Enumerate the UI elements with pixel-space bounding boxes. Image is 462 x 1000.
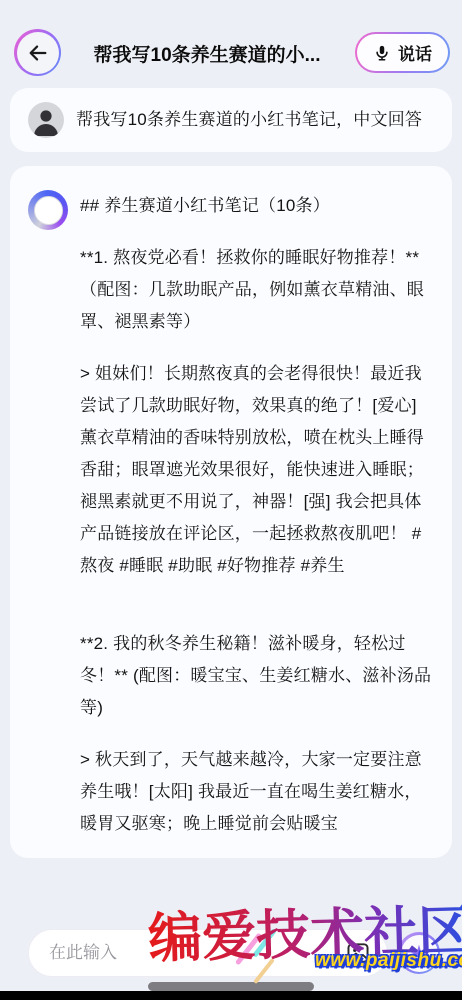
bottom-input-bar (0, 916, 462, 1000)
photo-icon (345, 940, 371, 966)
microphone-icon (373, 44, 391, 62)
ai-paragraph: **1. 熬夜党必看！拯救你的睡眠好物推荐！** （配图：几款助眠产品，例如薰衣… (80, 242, 436, 338)
device-bottom-bar (0, 991, 462, 1000)
user-avatar (28, 102, 64, 138)
speak-button-label: 说话 (398, 40, 432, 65)
ai-paragraph: > 姐妹们！长期熬夜真的会老得很快！最近我尝试了几款助眠好物，效果真的绝了！[爱… (80, 358, 436, 582)
ai-avatar-ring-icon (28, 190, 68, 230)
ai-paragraph: **2. 我的秋冬养生秘籍！滋补暖身，轻松过冬！** (配图：暖宝宝、生姜红糖水… (80, 628, 436, 724)
conversation-title: 帮我写10条养生赛道的小... (70, 40, 344, 67)
ai-paragraph: > 秋天到了，天气越来越冷，大家一定要注意养生哦！[太阳] 我最近一直在喝生姜红… (80, 744, 436, 840)
message-input[interactable] (49, 943, 343, 963)
ai-message-body: ## 养生赛道小红书笔记（10条） **1. 熬夜党必看！拯救你的睡眠好物推荐！… (80, 190, 436, 840)
chat-header: 帮我写10条养生赛道的小... 说话 (0, 0, 462, 88)
user-message-text: 帮我写10条养生赛道的小红书笔记，中文回答 (76, 102, 422, 136)
ai-action-button[interactable] (398, 932, 440, 974)
app-screen: 帮我写10条养生赛道的小... 说话 (0, 0, 462, 1000)
message-input-pill[interactable] (28, 929, 388, 977)
chat-scroll-area[interactable]: 帮我写10条养生赛道的小红书笔记，中文回答 ## 养生赛道小红书笔记（10条） … (0, 88, 462, 916)
back-button[interactable] (14, 29, 61, 76)
speak-button[interactable]: 说话 (355, 32, 450, 73)
arrow-left-icon (27, 42, 49, 64)
sparkle-icon (409, 943, 429, 963)
ai-paragraph: ## 养生赛道小红书笔记（10条） (80, 190, 436, 222)
home-indicator[interactable] (148, 982, 314, 991)
ai-message-card: ## 养生赛道小红书笔记（10条） **1. 熬夜党必看！拯救你的睡眠好物推荐！… (10, 166, 452, 858)
attach-image-button[interactable] (343, 938, 373, 968)
person-icon (28, 102, 64, 138)
user-message-card: 帮我写10条养生赛道的小红书笔记，中文回答 (10, 88, 452, 152)
